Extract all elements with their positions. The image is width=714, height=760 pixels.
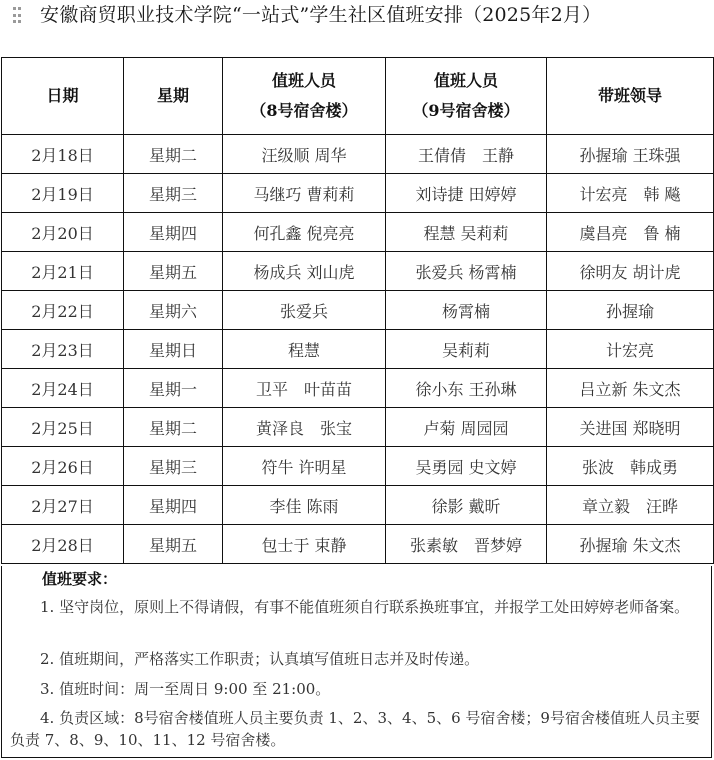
requirement-item: 1. 坚守岗位，原则上不得请假，有事不能值班须自行联系换班事宜，并报学工处田婷婷… (10, 596, 703, 618)
table-row: 2月21日星期五杨成兵 刘山虎张爱兵 杨霄楠徐明友 胡计虎 (2, 252, 714, 291)
leader-cell: 孙握瑜 (547, 291, 714, 330)
table-row: 2月19日星期三马继巧 曹莉莉刘诗捷 田婷婷计宏亮 韩 飚 (2, 174, 714, 213)
drag-dot (18, 20, 21, 23)
document-title: 安徽商贸职业技术学院“一站式”学生社区值班安排（2025年2月） (40, 2, 710, 28)
weekday-cell: 星期二 (124, 135, 223, 174)
drag-dot (13, 14, 16, 17)
staff-building-9-cell: 吴勇园 史文婷 (386, 447, 547, 486)
table-row: 2月24日星期一卫平 叶苗苗徐小东 王孙琳吕立新 朱文杰 (2, 369, 714, 408)
header-leader: 带班领导 (547, 58, 714, 135)
weekday-cell: 星期六 (124, 291, 223, 330)
date-cell: 2月27日 (2, 486, 124, 525)
leader-cell: 吕立新 朱文杰 (547, 369, 714, 408)
staff-building-8-cell: 李佳 陈雨 (223, 486, 386, 525)
weekday-cell: 星期一 (124, 369, 223, 408)
staff-building-9-cell: 张爱兵 杨霄楠 (386, 252, 547, 291)
staff-building-9-cell: 杨霄楠 (386, 291, 547, 330)
date-cell: 2月20日 (2, 213, 124, 252)
staff-building-8-cell: 符牛 许明星 (223, 447, 386, 486)
leader-cell: 计宏亮 韩 飚 (547, 174, 714, 213)
staff-building-8-cell: 黄泽良 张宝 (223, 408, 386, 447)
leader-cell: 章立毅 汪晔 (547, 486, 714, 525)
weekday-cell: 星期三 (124, 447, 223, 486)
table-row: 2月20日星期四何孔鑫 倪亮亮程慧 吴莉莉虞昌亮 鲁 楠 (2, 213, 714, 252)
drag-dot (13, 7, 16, 10)
staff-building-8-cell: 马继巧 曹莉莉 (223, 174, 386, 213)
date-cell: 2月18日 (2, 135, 124, 174)
leader-cell: 张波 韩成勇 (547, 447, 714, 486)
staff-building-8-cell: 张爱兵 (223, 291, 386, 330)
table-row: 2月25日星期二黄泽良 张宝卢菊 周园园关进国 郑晓明 (2, 408, 714, 447)
leader-cell: 关进国 郑晓明 (547, 408, 714, 447)
leader-cell: 孙握瑜 朱文杰 (547, 525, 714, 564)
staff-building-9-cell: 王倩倩 王静 (386, 135, 547, 174)
header-weekday: 星期 (124, 58, 223, 135)
header-staff8-line2: （8号宿舍楼） (223, 96, 385, 126)
staff-building-8-cell: 程慧 (223, 330, 386, 369)
staff-building-9-cell: 程慧 吴莉莉 (386, 213, 547, 252)
staff-building-8-cell: 汪级顺 周华 (223, 135, 386, 174)
weekday-cell: 星期三 (124, 174, 223, 213)
header-staff9-line2: （9号宿舍楼） (386, 96, 546, 126)
drag-dot (18, 14, 21, 17)
leader-cell: 虞昌亮 鲁 楠 (547, 213, 714, 252)
staff-building-8-cell: 何孔鑫 倪亮亮 (223, 213, 386, 252)
date-cell: 2月26日 (2, 447, 124, 486)
weekday-cell: 星期日 (124, 330, 223, 369)
table-row: 2月26日星期三符牛 许明星吴勇园 史文婷张波 韩成勇 (2, 447, 714, 486)
weekday-cell: 星期二 (124, 408, 223, 447)
header-date: 日期 (2, 58, 124, 135)
table-row: 2月28日星期五包士于 束静张素敏 晋梦婷孙握瑜 朱文杰 (2, 525, 714, 564)
header-staff-building-8: 值班人员 （8号宿舍楼） (223, 58, 386, 135)
table-row: 2月18日星期二汪级顺 周华王倩倩 王静孙握瑜 王珠强 (2, 135, 714, 174)
header-staff8-line1: 值班人员 (223, 66, 385, 96)
weekday-cell: 星期五 (124, 252, 223, 291)
table-row: 2月27日星期四李佳 陈雨徐影 戴昕章立毅 汪晔 (2, 486, 714, 525)
staff-building-8-cell: 包士于 束静 (223, 525, 386, 564)
staff-building-9-cell: 刘诗捷 田婷婷 (386, 174, 547, 213)
date-cell: 2月21日 (2, 252, 124, 291)
drag-dot (13, 20, 16, 23)
date-cell: 2月25日 (2, 408, 124, 447)
date-cell: 2月23日 (2, 330, 124, 369)
requirement-item: 3. 值班时间：周一至周日 9:00 至 21:00。 (10, 678, 703, 700)
requirement-item: 2. 值班期间，严格落实工作职责；认真填写值班日志并及时传递。 (10, 648, 703, 670)
date-cell: 2月19日 (2, 174, 124, 213)
leader-cell: 孙握瑜 王珠强 (547, 135, 714, 174)
table-row: 2月22日星期六张爱兵杨霄楠孙握瑜 (2, 291, 714, 330)
duty-requirements: 值班要求： 1. 坚守岗位，原则上不得请假，有事不能值班须自行联系换班事宜，并报… (1, 566, 712, 758)
drag-dot (18, 7, 21, 10)
staff-building-8-cell: 卫平 叶苗苗 (223, 369, 386, 408)
requirement-item: 4. 负责区域：8号宿舍楼值班人员主要负责 1、2、3、4、5、6 号宿舍楼；9… (10, 707, 703, 751)
date-cell: 2月22日 (2, 291, 124, 330)
header-staff-building-9: 值班人员 （9号宿舍楼） (386, 58, 547, 135)
table-row: 2月23日星期日程慧吴莉莉计宏亮 (2, 330, 714, 369)
date-cell: 2月24日 (2, 369, 124, 408)
staff-building-9-cell: 吴莉莉 (386, 330, 547, 369)
table-header-row: 日期 星期 值班人员 （8号宿舍楼） 值班人员 （9号宿舍楼） 带班领导 (2, 58, 714, 135)
weekday-cell: 星期四 (124, 486, 223, 525)
header-staff9-line1: 值班人员 (386, 66, 546, 96)
requirements-title: 值班要求： (42, 568, 117, 590)
leader-cell: 计宏亮 (547, 330, 714, 369)
staff-building-8-cell: 杨成兵 刘山虎 (223, 252, 386, 291)
staff-building-9-cell: 徐影 戴昕 (386, 486, 547, 525)
staff-building-9-cell: 徐小东 王孙琳 (386, 369, 547, 408)
weekday-cell: 星期五 (124, 525, 223, 564)
staff-building-9-cell: 张素敏 晋梦婷 (386, 525, 547, 564)
leader-cell: 徐明友 胡计虎 (547, 252, 714, 291)
staff-building-9-cell: 卢菊 周园园 (386, 408, 547, 447)
drag-handle-icon[interactable] (13, 7, 21, 25)
duty-schedule-table: 日期 星期 值班人员 （8号宿舍楼） 值班人员 （9号宿舍楼） 带班领导 2月1… (1, 57, 714, 564)
weekday-cell: 星期四 (124, 213, 223, 252)
date-cell: 2月28日 (2, 525, 124, 564)
